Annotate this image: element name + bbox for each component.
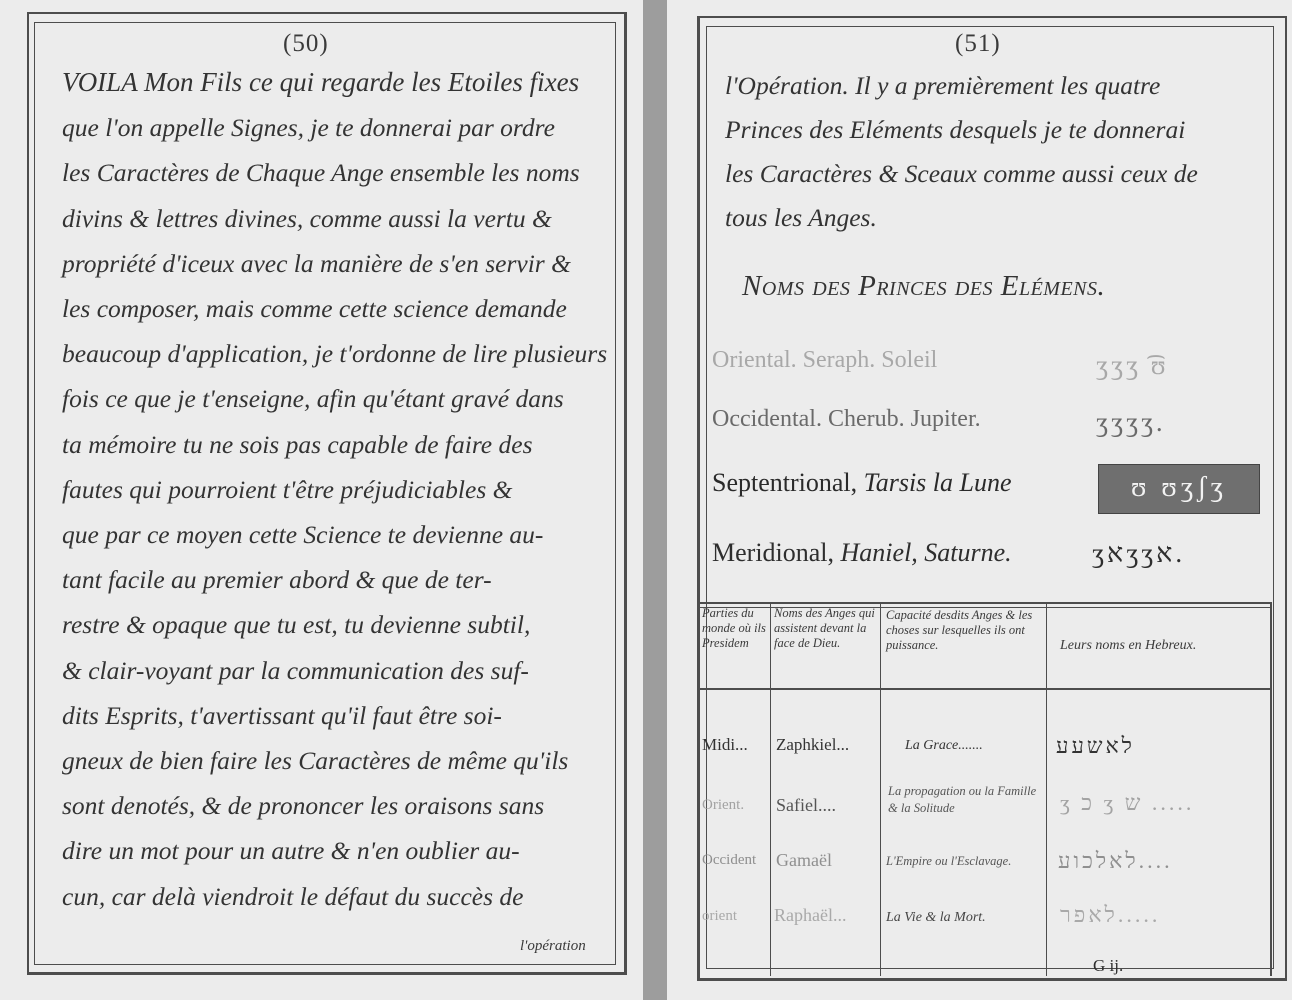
table-cell-angel: Zaphkiel... [776,735,849,755]
prince-row-occidental: Occidental. Cherub. Jupiter. [712,406,981,433]
text-line: sont denotés, & de prononcer les oraison… [62,783,618,828]
table-col-divider [1270,604,1272,976]
prince-name: Cherub. [828,406,905,432]
table-col-divider [880,604,881,976]
text-line: tant facile au premier abord & que de te… [62,557,618,602]
text-line: gneux de bien faire les Caractères de mê… [62,738,618,783]
table-cell-part: orient [702,908,737,925]
table-header-rule [700,688,1272,690]
text-line: dire un mot pour un autre & n'en oublier… [62,828,618,873]
text-line: l'Opération. Il y a premièrement les qua… [725,64,1265,108]
prince-body: Jupiter. [911,406,981,432]
text-line: les Caractères de Chaque Ange ensemble l… [62,150,618,195]
table-cell-angel: Gamaël [776,850,832,871]
table-cell-capacity: La Grace....... [905,738,983,754]
table-header-parts: Parties du monde où ils Presidem [702,606,770,651]
prince-region: Oriental. [712,347,797,373]
catchword: l'opération [520,938,586,955]
table-cell-angel: Safiel.... [776,795,836,816]
page-number-left: (50) [283,30,329,58]
seal-box-septentrional: ʊ ʊʒʃʒ [1098,464,1260,514]
text-line: les composer, mais comme cette science d… [62,286,618,331]
table-top-rule [700,602,1272,604]
prince-name: Haniel, [841,538,918,567]
prince-body: la Lune [933,468,1012,497]
text-line: que par ce moyen cette Science te devien… [62,512,618,557]
table-header-angels: Noms des Anges qui assistent devant la f… [774,606,878,651]
prince-region: Meridional, [712,538,834,567]
table-cell-hebrew: לאפר..... [1060,902,1160,928]
seal-glyphs-oriental: ʒʒʒ ͡ʊ [1096,350,1169,381]
text-line: beaucoup d'application, je t'ordonne de … [62,331,618,376]
text-line: ta mémoire tu ne sois pas capable de fai… [62,422,618,467]
prince-name: Seraph. [803,347,876,373]
prince-region: Occidental. [712,406,822,432]
table-cell-hebrew: ʒ כ ʒ ש ..... [1060,790,1194,816]
table-cell-part: Occident [702,852,756,869]
table-cell-angel: Raphaël... [774,905,846,926]
text-line: cun, car delà viendroit le défaut du suc… [62,874,618,919]
text-line: restre & opaque que tu est, tu devienne … [62,602,618,647]
text-line: les Caractères & Sceaux comme aussi ceux… [725,152,1265,196]
table-col-divider [1046,604,1047,976]
text-line: propriété d'iceux avec la manière de s'e… [62,241,618,286]
prince-row-meridional: Meridional, Haniel, Saturne. [712,538,1012,568]
prince-region: Septentrional, [712,468,857,497]
section-heading: Noms des Princes des Elémens. [742,270,1105,303]
table-cell-capacity: L'Empire ou l'Esclavage. [886,854,1011,869]
table-cell-part: Orient. [702,797,744,814]
text-line: fautes qui pourroient t'être préjudiciab… [62,467,618,512]
prince-body: Saturne. [924,538,1011,567]
prince-row-oriental: Oriental. Seraph. Soleil [712,347,937,374]
signature-mark: G ij. [1093,956,1123,976]
left-page-body: VOILA Mon Fils ce qui regarde les Etoile… [62,60,618,919]
table-cell-capacity: La Vie & la Mort. [886,910,986,926]
prince-name: Tarsis [864,468,927,497]
table-header-capacity: Capacité desdits Anges & les choses sur … [886,608,1044,653]
text-line: divins & lettres divines, comme aussi la… [62,196,618,241]
text-line: tous les Anges. [725,196,1265,240]
book-gutter [643,0,667,1000]
table-cell-hebrew: לאלכוע.... [1058,848,1173,874]
seal-glyphs-occidental: ʒʒʒʒ. [1096,407,1166,438]
right-page-body: l'Opération. Il y a premièrement les qua… [725,64,1265,240]
table-cell-hebrew: לאשעע [1056,733,1135,759]
text-line: que l'on appelle Signes, je te donnerai … [62,105,618,150]
prince-row-septentrional: Septentrional, Tarsis la Lune [712,468,1012,498]
text-line: Princes des Eléments desquels je te donn… [725,108,1265,152]
text-line: VOILA Mon Fils ce qui regarde les Etoile… [62,60,618,105]
text-line: dits Esprits, t'avertissant qu'il faut ê… [62,693,618,738]
table-header-hebrew: Leurs noms en Hebreux. [1060,638,1260,653]
text-line: & clair-voyant par la communication des … [62,648,618,693]
table-col-divider [770,604,771,976]
page-number-right: (51) [955,30,1001,58]
text-line: fois ce que je t'enseigne, afin qu'étant… [62,376,618,421]
table-cell-part: Midi... [702,735,748,755]
table-cell-capacity: La propagation ou la Famille & la Solitu… [888,783,1043,817]
prince-body: Soleil [881,347,937,373]
seal-glyphs-meridional: ʒאʒʒא. [1092,538,1185,569]
